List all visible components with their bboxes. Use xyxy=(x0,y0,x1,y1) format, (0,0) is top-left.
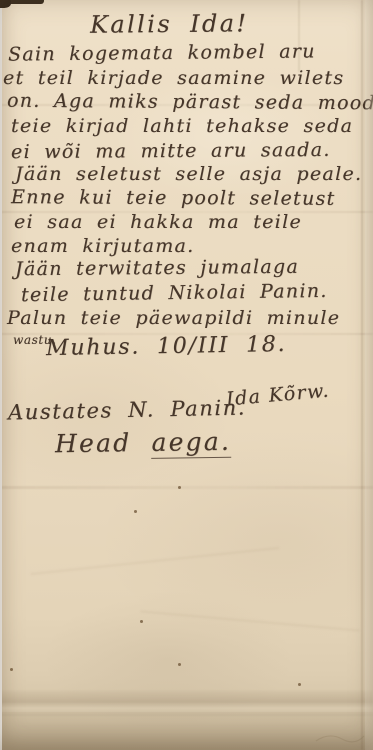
paper-speck xyxy=(298,683,301,686)
paper-speck xyxy=(10,668,13,671)
paper-speck xyxy=(140,620,143,623)
letter-line: Enne kui teie poolt seletust xyxy=(11,186,336,210)
letter-farewell: Head aega. xyxy=(55,427,231,458)
farewell-word: Head xyxy=(55,428,132,458)
letter-line: Jään seletust selle asja peale. xyxy=(15,163,362,185)
letter-closing-signature: Austates N. Panin. xyxy=(8,396,247,425)
paper-speck xyxy=(178,486,181,489)
scan-edge-right xyxy=(365,0,373,750)
letter-line: Sain kogemata kombel aru xyxy=(8,40,316,65)
faint-pencil-squiggle xyxy=(315,730,365,746)
letter-line: Jään terwitates jumalaga xyxy=(15,256,299,280)
paper-speck xyxy=(178,663,181,666)
letter-line: et teil kirjade saamine wilets xyxy=(3,67,344,89)
letter-line: teie kirjad lahti tehakse seda xyxy=(11,115,353,137)
letter-line: teile tuntud Nikolai Panin. xyxy=(21,280,328,306)
paper-speck xyxy=(134,510,137,513)
letter-line: Palun teie päewapildi minule xyxy=(7,307,340,329)
letter-line: on. Aga miks pärast seda moodi xyxy=(7,90,373,115)
letter-line: ei wõi ma mitte aru saada. xyxy=(11,139,331,163)
scan-edge-left xyxy=(0,0,2,750)
letter-line: ei saa ei hakka ma teile xyxy=(14,211,302,233)
letter-scan: Kallis Ida! Sain kogemata kombel aru et … xyxy=(0,0,373,750)
letter-line: enam kirjutama. xyxy=(11,235,195,257)
letter-place-date: Muhus. 10/III 18. xyxy=(46,332,287,361)
letter-salutation: Kallis Ida! xyxy=(90,9,249,38)
paper-crease xyxy=(0,486,373,489)
farewell-word-underlined: aega. xyxy=(151,427,231,459)
